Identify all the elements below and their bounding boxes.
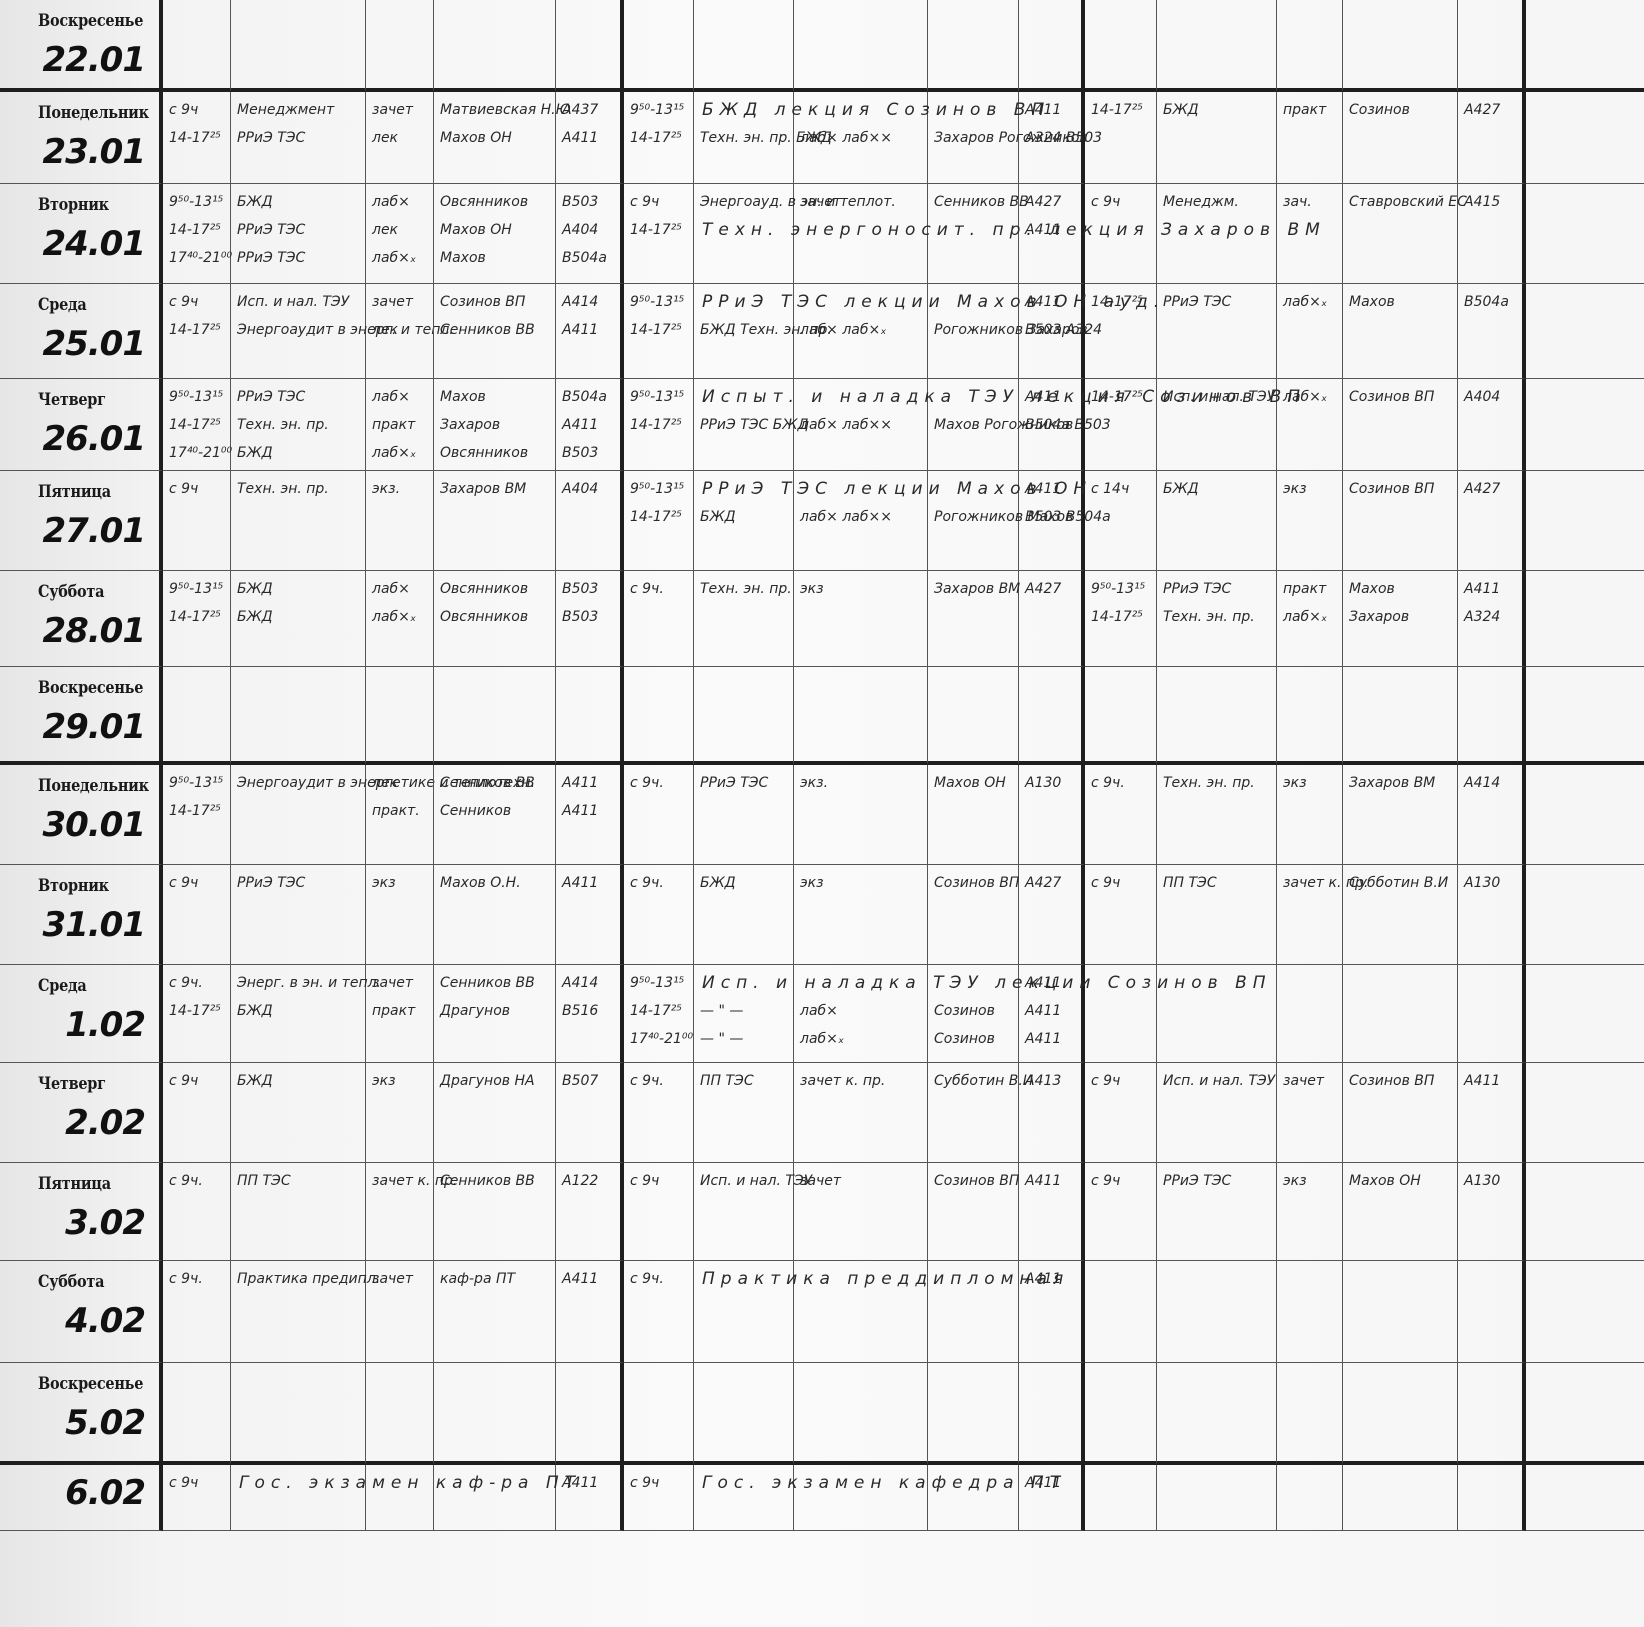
group1-time: 9⁵⁰-13¹⁵ (169, 188, 226, 216)
group1-room-cell: А437А411 (556, 92, 624, 184)
group2-time: 14-17²⁵ (630, 997, 689, 1025)
group1-type: практ (372, 411, 429, 439)
group2-type-cell: экз (794, 865, 928, 965)
group1-teacher-cell: ОвсянниковОвсянников (434, 571, 556, 667)
group1-teacher: Захаров ВМ (440, 475, 551, 503)
day-name: Вторник (38, 194, 136, 216)
group3-room: А404 (1464, 383, 1518, 411)
group2-teacher-cell (928, 0, 1019, 92)
group1-teacher-cell: Сенников ВВСенников (434, 765, 556, 865)
group3-room-cell: А415 (1458, 184, 1526, 284)
group3-room: А414 (1464, 769, 1518, 797)
group3-room-cell (1458, 0, 1526, 92)
group2-type-cell: экз (794, 571, 928, 667)
group3-room-cell: А130 (1458, 865, 1526, 965)
group1-subject: Энерг. в эн. и тепл. (237, 969, 361, 997)
group1-teacher-cell: Драгунов НА (434, 1063, 556, 1163)
group3-type-cell: практ (1277, 92, 1343, 184)
group1-type: лаб×ₓ (372, 603, 429, 631)
group1-subject: РРиЭ ТЭС (237, 383, 361, 411)
group3-teacher: Махов ОН (1349, 1167, 1453, 1195)
group3-teacher-cell: Созинов ВП (1343, 471, 1458, 571)
group2-time-cell (624, 0, 694, 92)
day-name: Вторник (38, 875, 136, 897)
group1-room: В503 (562, 603, 616, 631)
group3-teacher-cell: Созинов ВП (1343, 1063, 1458, 1163)
group3-time: 14-17²⁵ (1091, 603, 1152, 631)
group1-time-cell: с 9ч. (163, 1163, 231, 1261)
group2-subject-cell: Практика преддипломная (694, 1261, 794, 1363)
group1-subject-cell: Практика предипл. (231, 1261, 366, 1363)
group1-subject-cell: РРиЭ ТЭС (231, 865, 366, 965)
day-cell: Воскресенье22.01 (0, 0, 163, 92)
group3-room-cell: А404 (1458, 379, 1526, 471)
group2-type: лаб× лаб×ₓ (800, 316, 923, 344)
group1-time: 14-17²⁵ (169, 216, 226, 244)
day-date: 31.01 (38, 907, 153, 943)
group2-subject: — " — (700, 1025, 789, 1053)
group3-type: практ (1283, 575, 1338, 603)
group1-teacher: Сенников (440, 797, 551, 825)
group2-type: зачет (800, 188, 923, 216)
group3-teacher-cell (1343, 0, 1458, 92)
group3-time-cell: с 14ч (1085, 471, 1157, 571)
group2-subject: — " — (700, 997, 789, 1025)
group3-teacher: Созинов ВП (1349, 383, 1453, 411)
group3-time: с 9ч (1091, 869, 1152, 897)
group1-subject (237, 797, 361, 825)
group2-time-cell (624, 1363, 694, 1465)
group2-subject-cell: Исп. и нал. ТЭУ (694, 1163, 794, 1261)
group1-type: зачет к. пр. (372, 1167, 429, 1195)
group2-subject-cell (694, 1363, 794, 1465)
group1-time-cell: 9⁵⁰-13¹⁵14-17²⁵ (163, 571, 231, 667)
group3-subject-cell (1157, 1261, 1277, 1363)
group1-type: экз (372, 869, 429, 897)
group1-room-cell: А404 (556, 471, 624, 571)
group3-teacher-cell: Ставровский ЕС (1343, 184, 1458, 284)
group3-room: А411 (1464, 1067, 1518, 1095)
group3-subject-cell: РРиЭ ТЭСТехн. эн. пр. (1157, 571, 1277, 667)
group1-room: А411 (562, 316, 616, 344)
group3-room-cell: А411А324 (1458, 571, 1526, 667)
group2-time: 9⁵⁰-13¹⁵ (630, 96, 689, 124)
group1-time-cell: 9⁵⁰-13¹⁵14-17²⁵17⁴⁰-21⁰⁰ (163, 184, 231, 284)
group2-subject-cell: РРиЭ ТЭС лекции Махов ОН ауд.БЖД Техн. э… (694, 284, 794, 379)
group2-time: 14-17²⁵ (630, 216, 689, 244)
group2-subject-cell: РРиЭ ТЭС (694, 765, 794, 865)
group1-time-cell: с 9ч (163, 1465, 231, 1531)
day-date: 5.02 (38, 1405, 153, 1441)
group3-subject: Исп. и нал. ТЭУ (1163, 1067, 1272, 1095)
group1-time-cell: с 9ч14-17²⁵ (163, 92, 231, 184)
group2-type-cell (794, 1363, 928, 1465)
group2-time-cell: 9⁵⁰-13¹⁵14-17²⁵ (624, 379, 694, 471)
group3-subject-cell: Исп. и нал. ТЭУ (1157, 1063, 1277, 1163)
day-date: 1.02 (38, 1007, 153, 1043)
group3-teacher-cell: Созинов ВП (1343, 379, 1458, 471)
group3-type-cell (1277, 965, 1343, 1063)
group2-type: лаб× (800, 997, 923, 1025)
group3-time-cell (1085, 1261, 1157, 1363)
group1-type-cell: экз (366, 1063, 434, 1163)
group2-room: А427 (1025, 575, 1077, 603)
group1-time: с 9ч (169, 288, 226, 316)
group1-room: В503 (562, 439, 616, 467)
group1-subject: Практика предипл. (237, 1265, 361, 1293)
day-name: Воскресенье (38, 10, 136, 32)
group3-type: экз (1283, 1167, 1338, 1195)
group1-time-cell: с 9ч (163, 865, 231, 965)
group3-room-cell (1458, 965, 1526, 1063)
group2-subject-cell: ПП ТЭС (694, 1063, 794, 1163)
group1-room: А411 (562, 797, 616, 825)
group3-subject-cell: ПП ТЭС (1157, 865, 1277, 965)
group1-time: 14-17²⁵ (169, 124, 226, 152)
group3-type-cell: зачет к. пр. (1277, 865, 1343, 965)
group1-type: зачет (372, 288, 429, 316)
group1-teacher: каф-ра ПТ (440, 1265, 551, 1293)
empty-cell (1526, 92, 1644, 184)
group1-teacher-cell: Матвиевская Н.ЮМахов ОН (434, 92, 556, 184)
spanning-entry: Практика преддипломная (702, 1265, 1069, 1293)
day-name: Пятница (38, 1173, 136, 1195)
group3-room: В504а (1464, 288, 1518, 316)
group3-room: А427 (1464, 96, 1518, 124)
group1-subject-cell: Техн. эн. пр. (231, 471, 366, 571)
group2-type: зачет (800, 1167, 923, 1195)
group1-room: А437 (562, 96, 616, 124)
day-date: 23.01 (38, 134, 153, 170)
group3-subject-cell (1157, 1363, 1277, 1465)
group2-room: А411 (1025, 1025, 1077, 1053)
group1-subject-cell: МенеджментРРиЭ ТЭС (231, 92, 366, 184)
group3-room-cell (1458, 667, 1526, 765)
day-cell: Понедельник30.01 (0, 765, 163, 865)
group2-room: В503 А324 (1025, 316, 1077, 344)
empty-cell (1526, 379, 1644, 471)
group1-room-cell: В504аА411В503 (556, 379, 624, 471)
group1-type-cell: зачет (366, 1261, 434, 1363)
group2-teacher: Созинов (934, 997, 1014, 1025)
group2-room-cell (1019, 1363, 1085, 1465)
group1-subject-cell (231, 1363, 366, 1465)
group1-time: 17⁴⁰-21⁰⁰ (169, 244, 226, 272)
group2-teacher: Созинов (934, 1025, 1014, 1053)
group3-subject: Менеджм. (1163, 188, 1272, 216)
empty-cell (1526, 865, 1644, 965)
day-cell: Четверг2.02 (0, 1063, 163, 1163)
group1-room: А414 (562, 969, 616, 997)
group1-subject-cell (231, 0, 366, 92)
group1-type: зачет (372, 1265, 429, 1293)
group3-teacher-cell: Созинов (1343, 92, 1458, 184)
group3-time-cell (1085, 1465, 1157, 1531)
group1-room: А414 (562, 288, 616, 316)
group2-time-cell: с 9ч. (624, 1261, 694, 1363)
group3-subject: Техн. эн. пр. (1163, 603, 1272, 631)
group1-time: с 9ч. (169, 1167, 226, 1195)
group3-time: с 9ч (1091, 1167, 1152, 1195)
group1-subject: БЖД (237, 1067, 361, 1095)
group1-type: экз. (372, 475, 429, 503)
group3-teacher: Захаров ВМ (1349, 769, 1453, 797)
group2-time-cell (624, 667, 694, 765)
group3-time-cell: 14-17²⁵ (1085, 92, 1157, 184)
empty-cell (1526, 0, 1644, 92)
group1-subject-cell: Энергоаудит в энергетике и теплотехн. (231, 765, 366, 865)
day-date: 24.01 (38, 226, 153, 262)
group2-room-cell: А413 (1019, 1063, 1085, 1163)
group3-type: зачет к. пр. (1283, 869, 1338, 897)
group3-teacher: Созинов ВП (1349, 1067, 1453, 1095)
group3-time: с 9ч (1091, 1067, 1152, 1095)
group1-teacher-cell: МаховЗахаровОвсянников (434, 379, 556, 471)
day-name: Суббота (38, 1271, 136, 1293)
group1-teacher-cell: Сенников ВВДрагунов (434, 965, 556, 1063)
group3-room-cell: А427 (1458, 471, 1526, 571)
group1-type-cell (366, 1363, 434, 1465)
spanning-entry: РРиЭ ТЭС лекции Махов ОН (702, 475, 1092, 503)
empty-cell (1526, 471, 1644, 571)
day-date: 29.01 (38, 709, 153, 745)
group2-time: 9⁵⁰-13¹⁵ (630, 475, 689, 503)
group2-teacher: Рогожников Захаров (934, 316, 1014, 344)
group3-type: зач. (1283, 188, 1338, 216)
day-cell: Понедельник23.01 (0, 92, 163, 184)
group3-subject-cell (1157, 0, 1277, 92)
group3-teacher: Захаров (1349, 603, 1453, 631)
day-name: Понедельник (38, 102, 136, 124)
group1-teacher: Овсянников (440, 188, 551, 216)
group3-teacher-cell (1343, 965, 1458, 1063)
group3-room-cell (1458, 1465, 1526, 1531)
group1-type: лаб×ₓ (372, 244, 429, 272)
group1-teacher: Овсянников (440, 575, 551, 603)
group2-type: экз (800, 575, 923, 603)
group1-time: 14-17²⁵ (169, 316, 226, 344)
spanning-entry: Гос. экзамен кафедра ПТ (702, 1469, 1066, 1497)
group1-teacher: Махов О.Н. (440, 869, 551, 897)
spanning-entry: Исп. и наладка ТЭУ лекции Созинов ВП (702, 969, 1272, 997)
group3-teacher-cell: Захаров ВМ (1343, 765, 1458, 865)
group2-room: А130 (1025, 769, 1077, 797)
group1-room: А411 (562, 411, 616, 439)
group2-room: В504а В503 (1025, 411, 1077, 439)
group3-teacher: Субботин В.И (1349, 869, 1453, 897)
group2-time: с 9ч. (630, 575, 689, 603)
group2-teacher-cell: Захаров ВМ (928, 571, 1019, 667)
group3-time: с 9ч (1091, 188, 1152, 216)
group2-teacher: Рогожников Махов (934, 503, 1014, 531)
group1-room: А411 (562, 769, 616, 797)
group2-time: с 9ч (630, 1167, 689, 1195)
group2-subject: БЖД (700, 869, 789, 897)
group3-type: практ (1283, 96, 1338, 124)
group1-subject: Техн. эн. пр. (237, 411, 361, 439)
empty-cell (1526, 1363, 1644, 1465)
group1-time: с 9ч (169, 96, 226, 124)
group1-subject-cell: БЖДБЖД (231, 571, 366, 667)
group1-teacher-cell: Захаров ВМ (434, 471, 556, 571)
group2-subject: БЖД (700, 503, 789, 531)
group2-room: А413 (1025, 1067, 1077, 1095)
group1-teacher-cell (434, 1363, 556, 1465)
group2-subject: Техн. эн. пр. (700, 575, 789, 603)
group1-teacher-cell: Созинов ВПСенников ВВ (434, 284, 556, 379)
group3-subject: БЖД (1163, 475, 1272, 503)
group2-time-cell: 9⁵⁰-13¹⁵14-17²⁵ (624, 284, 694, 379)
spanning-entry: БЖД лекция Созинов ВП (702, 96, 1050, 124)
group1-subject: Техн. эн. пр. (237, 475, 361, 503)
group1-room-cell: А411А411 (556, 765, 624, 865)
day-cell: Вторник31.01 (0, 865, 163, 965)
group1-time: 9⁵⁰-13¹⁵ (169, 383, 226, 411)
day-cell: 6.02 (0, 1465, 163, 1531)
day-date: 2.02 (38, 1105, 153, 1141)
spanning-entry: Гос. экзамен каф-ра ПТ (239, 1469, 581, 1497)
group3-type: экз (1283, 475, 1338, 503)
group1-room-cell: А122 (556, 1163, 624, 1261)
group1-time: с 9ч. (169, 969, 226, 997)
group2-type-cell: зачет (794, 1163, 928, 1261)
group1-room: В503 (562, 188, 616, 216)
group3-time-cell (1085, 0, 1157, 92)
group1-teacher-cell (434, 0, 556, 92)
group2-room-cell (1019, 0, 1085, 92)
day-date: 3.02 (38, 1205, 153, 1241)
group1-time-cell: с 9ч.14-17²⁵ (163, 965, 231, 1063)
group3-subject-cell: БЖД (1157, 92, 1277, 184)
group3-time: с 9ч. (1091, 769, 1152, 797)
group3-teacher-cell: Субботин В.И (1343, 865, 1458, 965)
group3-time: с 14ч (1091, 475, 1152, 503)
group2-teacher: Захаров ВМ (934, 575, 1014, 603)
group3-subject: Техн. эн. пр. (1163, 769, 1272, 797)
group2-type: лаб× лаб×× (800, 411, 923, 439)
group1-time: с 9ч (169, 869, 226, 897)
group3-teacher-cell (1343, 1465, 1458, 1531)
group3-time: 9⁵⁰-13¹⁵ (1091, 575, 1152, 603)
group1-room-cell: А414В516 (556, 965, 624, 1063)
group1-time: с 9ч (169, 475, 226, 503)
group1-time: с 9ч (169, 1067, 226, 1095)
day-name: Понедельник (38, 775, 136, 797)
group2-subject: ПП ТЭС (700, 1067, 789, 1095)
group1-subject: РРиЭ ТЭС (237, 244, 361, 272)
spanning-entry: Техн. энергоносит. пр. лекция Захаров ВМ (702, 216, 1326, 244)
group3-teacher-cell: МаховЗахаров (1343, 571, 1458, 667)
group2-type: экз. (800, 769, 923, 797)
day-cell: Суббота4.02 (0, 1261, 163, 1363)
group2-type-cell: экз. (794, 765, 928, 865)
group3-type: экз (1283, 769, 1338, 797)
group1-room-cell: В507 (556, 1063, 624, 1163)
group3-time-cell: с 9ч. (1085, 765, 1157, 865)
group1-type-cell: экз. (366, 471, 434, 571)
group1-teacher: Драгунов (440, 997, 551, 1025)
group2-teacher-cell (928, 1363, 1019, 1465)
timetable-sheet: Воскресенье22.01Понедельник23.01с 9ч14-1… (0, 0, 1644, 1627)
group2-room-cell: А411 (1019, 1163, 1085, 1261)
group2-type-cell (794, 667, 928, 765)
group3-room: А427 (1464, 475, 1518, 503)
group3-time-cell: с 9ч (1085, 1063, 1157, 1163)
group1-type: зачет (372, 969, 429, 997)
day-name: Среда (38, 975, 136, 997)
group3-subject: РРиЭ ТЭС (1163, 1167, 1272, 1195)
group1-room: В503 (562, 575, 616, 603)
group1-subject: Исп. и нал. ТЭУ (237, 288, 361, 316)
group3-room: А411 (1464, 575, 1518, 603)
group1-teacher: Созинов ВП (440, 288, 551, 316)
group1-type: лаб×ₓ (372, 439, 429, 467)
group1-time-cell: с 9ч (163, 1063, 231, 1163)
group3-type-cell: экз (1277, 471, 1343, 571)
group1-type: практ (372, 997, 429, 1025)
group3-type-cell: экз (1277, 1163, 1343, 1261)
group2-subject: РРиЭ ТЭС (700, 769, 789, 797)
group3-type: зачет (1283, 1067, 1338, 1095)
group1-room: В504а (562, 383, 616, 411)
group3-subject-cell: БЖД (1157, 471, 1277, 571)
group1-type-cell: зачетпракт (366, 965, 434, 1063)
day-date: 30.01 (38, 807, 153, 843)
group1-subject-cell: Энерг. в эн. и тепл.БЖД (231, 965, 366, 1063)
group1-subject: БЖД (237, 575, 361, 603)
day-name: Воскресенье (38, 677, 136, 699)
group2-room-cell: А130 (1019, 765, 1085, 865)
group1-time: 14-17²⁵ (169, 411, 226, 439)
group2-teacher-cell: Субботин В.И (928, 1063, 1019, 1163)
group1-room: А122 (562, 1167, 616, 1195)
group1-time-cell (163, 1363, 231, 1465)
group1-type: экз (372, 1067, 429, 1095)
group3-time-cell: 9⁵⁰-13¹⁵14-17²⁵ (1085, 571, 1157, 667)
group3-room-cell: А411 (1458, 1063, 1526, 1163)
empty-cell (1526, 667, 1644, 765)
group1-time-cell: с 9ч. (163, 1261, 231, 1363)
group1-room-cell (556, 1363, 624, 1465)
group2-subject: Исп. и нал. ТЭУ (700, 1167, 789, 1195)
group2-time-cell: 9⁵⁰-13¹⁵14-17²⁵ (624, 92, 694, 184)
group3-type-cell: экз (1277, 765, 1343, 865)
group1-subject-cell: Исп. и нал. ТЭУЭнергоаудит в энерг. и те… (231, 284, 366, 379)
group3-subject: ПП ТЭС (1163, 869, 1272, 897)
group1-time: с 9ч. (169, 1265, 226, 1293)
group2-type: лаб×ₓ (800, 1025, 923, 1053)
group3-subject-cell (1157, 667, 1277, 765)
empty-cell (1526, 1465, 1644, 1531)
group3-room: А130 (1464, 869, 1518, 897)
group1-type-cell: зачетлек (366, 284, 434, 379)
day-date: 6.02 (38, 1475, 153, 1511)
group2-time-cell: с 9ч. (624, 571, 694, 667)
day-cell: Вторник24.01 (0, 184, 163, 284)
group2-teacher: Махов ОН (934, 769, 1014, 797)
group2-subject: Техн. эн. пр. БЖД (700, 124, 789, 152)
group1-room-cell: В503А404В504а (556, 184, 624, 284)
group3-time-cell: с 9ч (1085, 865, 1157, 965)
group2-time-cell: с 9ч. (624, 1063, 694, 1163)
group1-teacher-cell: Сенников ВВ (434, 1163, 556, 1261)
group3-time-cell: с 9ч (1085, 1163, 1157, 1261)
group2-time: с 9ч. (630, 769, 689, 797)
group1-room: В504а (562, 244, 616, 272)
group2-type: зачет к. пр. (800, 1067, 923, 1095)
group2-room: А411 (1025, 997, 1077, 1025)
group1-subject: БЖД (237, 997, 361, 1025)
